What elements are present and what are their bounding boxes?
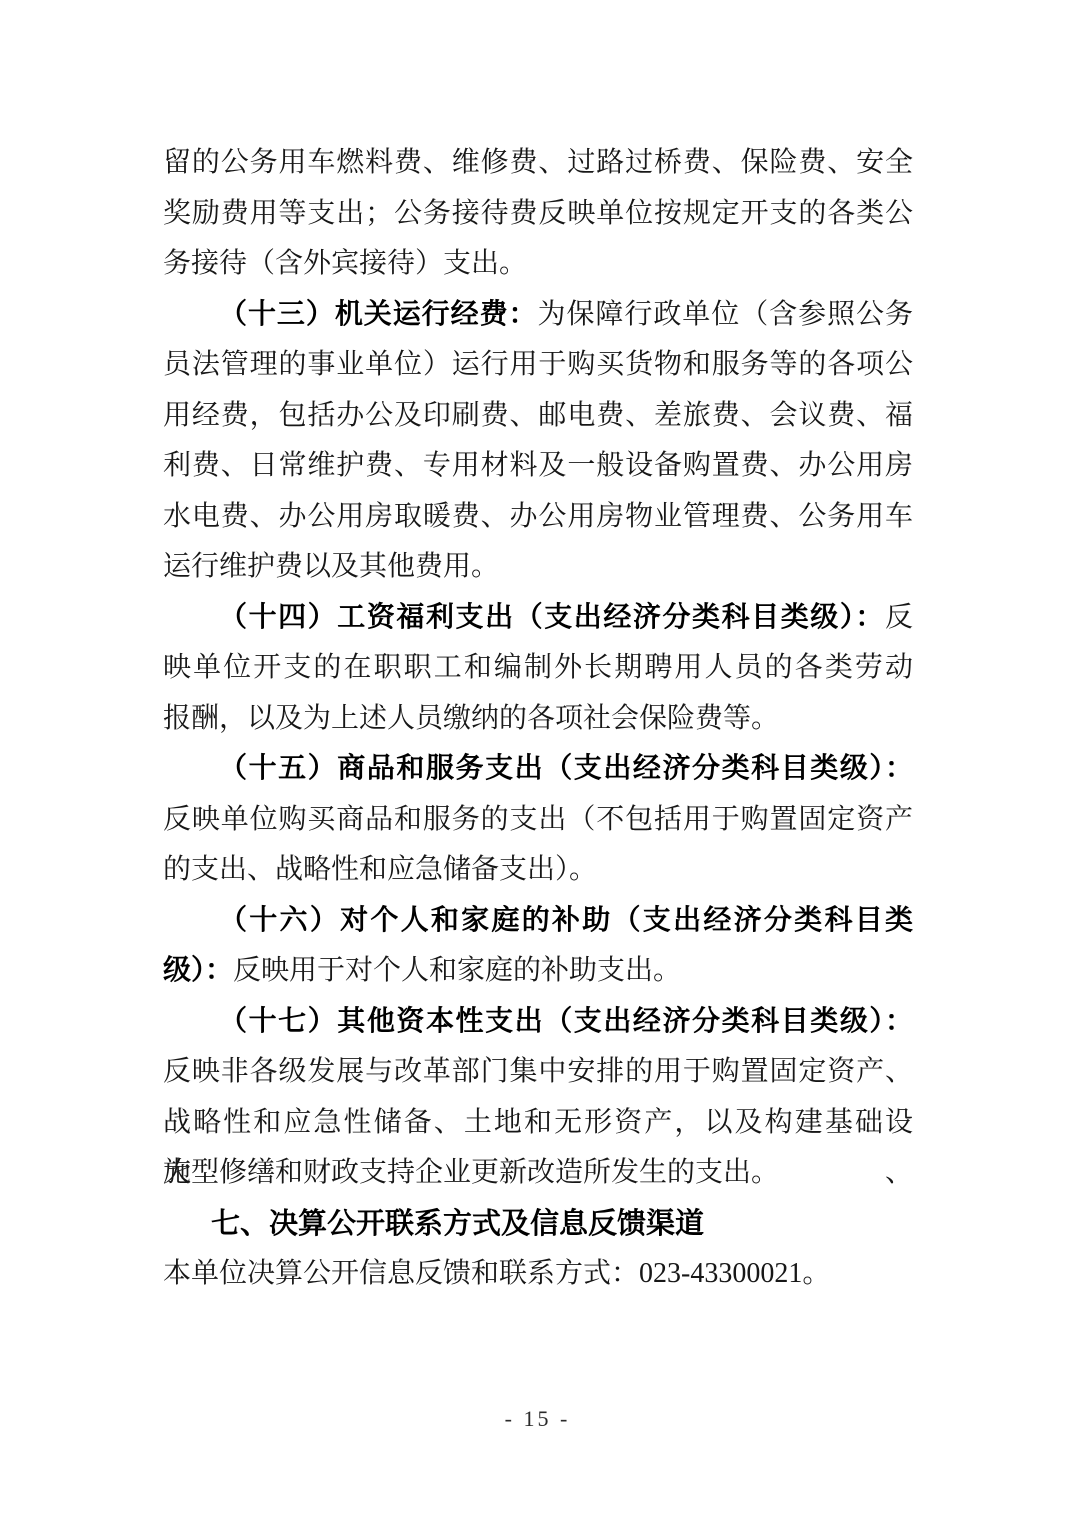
text-line: 战略性和应急性储备、土地和无形资产，以及构建基础设施、 [163,1098,913,1149]
bold-run: （十四）工资福利支出（支出经济分类科目类级）： [219,602,885,633]
text-line: 运行维护费以及其他费用。 [163,542,913,593]
text-run: 反映非各级发展与改革部门集中安排的用于购置固定资产、 [163,1056,913,1087]
text-line: 利费、日常维护费、专用材料及一般设备购置费、办公用房 [163,441,913,492]
text-line: 务接待（含外宾接待）支出。 [163,239,913,290]
text-line: 映单位开支的在职职工和编制外长期聘用人员的各类劳动 [163,643,913,694]
text-run: 的支出、战略性和应急储备支出）。 [163,854,597,885]
document-body: 留的公务用车燃料费、维修费、过路过桥费、保险费、安全 奖励费用等支出；公务接待费… [163,138,913,1300]
text-line: 员法管理的事业单位）运行用于购买货物和服务等的各项公 [163,340,913,391]
text-run: 为保障行政单位（含参照公务 [538,299,913,330]
bold-run: 级）： [163,955,233,986]
text-run: 映单位开支的在职职工和编制外长期聘用人员的各类劳动 [163,652,913,683]
text-run: 大型修缮和财政支持企业更新改造所发生的支出。 [163,1157,779,1188]
text-run: 反 [885,602,913,633]
text-run: 员法管理的事业单位）运行用于购买货物和服务等的各项公 [163,349,913,380]
text-line: 的支出、战略性和应急储备支出）。 [163,845,913,896]
text-run: 奖励费用等支出；公务接待费反映单位按规定开支的各类公 [163,198,913,229]
text-run: 务接待（含外宾接待）支出。 [163,248,527,279]
text-line: （十六）对个人和家庭的补助（支出经济分类科目类 [163,896,913,947]
page-number: - 15 - [0,1406,1075,1432]
text-line: （十三）机关运行经费：为保障行政单位（含参照公务 [163,290,913,341]
text-run: 反映用于对个人和家庭的补助支出。 [233,955,681,986]
text-run: 用经费，包括办公及印刷费、邮电费、差旅费、会议费、福 [163,400,913,431]
text-run: 反映单位购买商品和服务的支出（不包括用于购置固定资产 [163,804,913,835]
text-line: 反映非各级发展与改革部门集中安排的用于购置固定资产、 [163,1047,913,1098]
text-run: 利费、日常维护费、专用材料及一般设备购置费、办公用房 [163,450,913,481]
text-line: 奖励费用等支出；公务接待费反映单位按规定开支的各类公 [163,189,913,240]
text-line: 反映单位购买商品和服务的支出（不包括用于购置固定资产 [163,795,913,846]
text-run: 报酬，以及为上述人员缴纳的各项社会保险费等。 [163,703,779,734]
text-run: 运行维护费以及其他费用。 [163,551,499,582]
text-line: 级）：反映用于对个人和家庭的补助支出。 [163,946,913,997]
text-line: （十七）其他资本性支出（支出经济分类科目类级）： [163,997,913,1048]
text-line: 报酬，以及为上述人员缴纳的各项社会保险费等。 [163,694,913,745]
bold-run: （十三）机关运行经费： [219,299,538,330]
text-run: 留的公务用车燃料费、维修费、过路过桥费、保险费、安全 [163,147,913,178]
section-heading: 七、决算公开联系方式及信息反馈渠道 [163,1199,913,1250]
text-line: （十五）商品和服务支出（支出经济分类科目类级）： [163,744,913,795]
document-page: 留的公务用车燃料费、维修费、过路过桥费、保险费、安全 奖励费用等支出；公务接待费… [0,0,1075,1520]
text-line: 用经费，包括办公及印刷费、邮电费、差旅费、会议费、福 [163,391,913,442]
bold-run: （十六）对个人和家庭的补助（支出经济分类科目类 [219,905,913,936]
bold-run: （十五）商品和服务支出（支出经济分类科目类级）： [219,753,913,784]
text-line: （十四）工资福利支出（支出经济分类科目类级）：反 [163,593,913,644]
text-line: 留的公务用车燃料费、维修费、过路过桥费、保险费、安全 [163,138,913,189]
text-run: 水电费、办公用房取暖费、办公用房物业管理费、公务用车 [163,501,913,532]
contact-line: 本单位决算公开信息反馈和联系方式：023-43300021。 [163,1249,913,1300]
text-line: 水电费、办公用房取暖费、办公用房物业管理费、公务用车 [163,492,913,543]
bold-run: （十七）其他资本性支出（支出经济分类科目类级）： [219,1006,913,1037]
